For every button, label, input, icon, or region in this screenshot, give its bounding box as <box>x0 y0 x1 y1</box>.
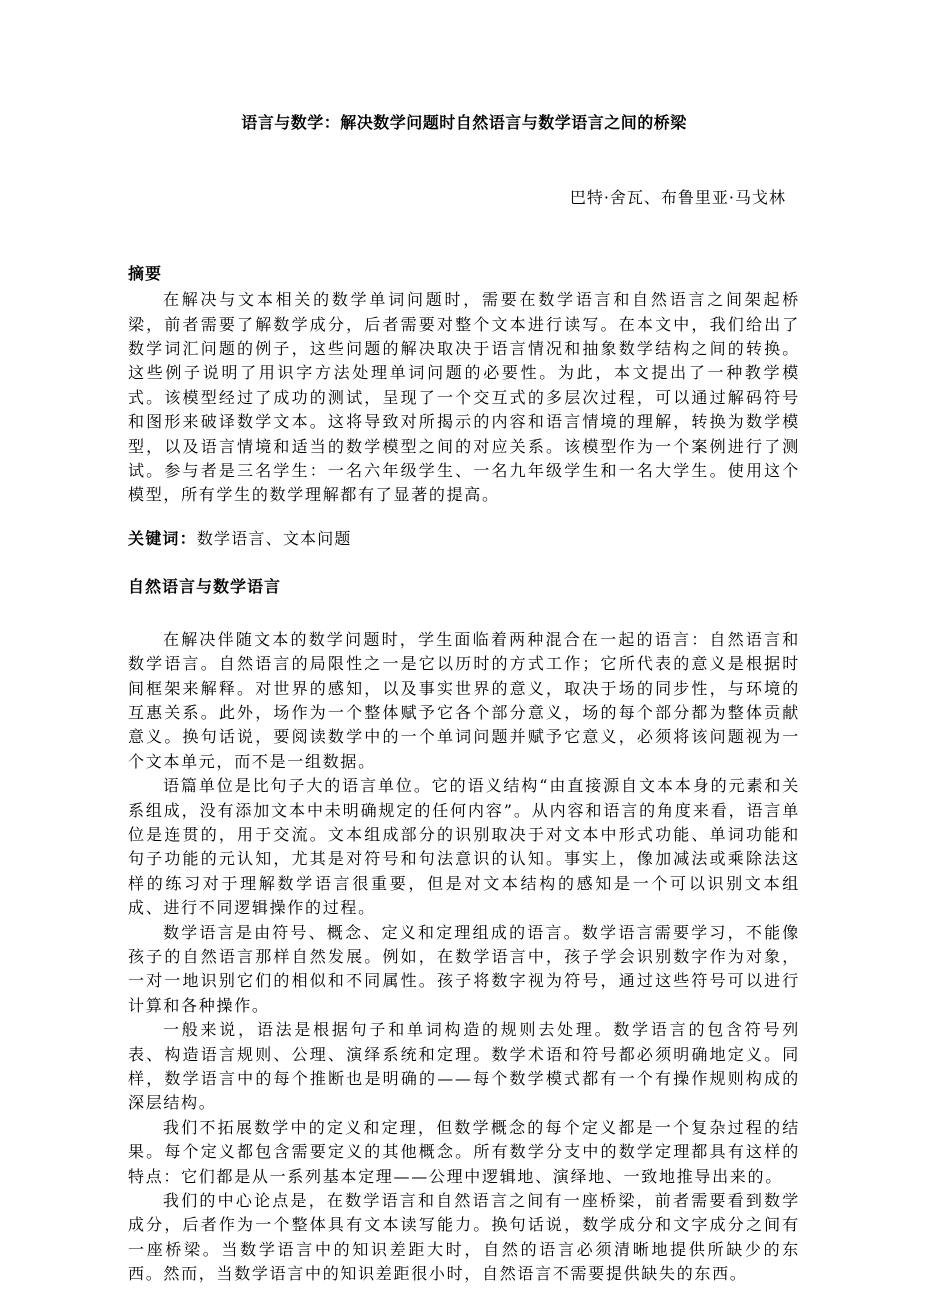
body-paragraph: 语篇单位是比句子大的语言单位。它的语义结构“由直接源自文本本身的元素和关系组成，… <box>128 774 800 920</box>
abstract-paragraph: 在解决与文本相关的数学单词问题时，需要在数学语言和自然语言之间架起桥梁，前者需要… <box>128 288 800 508</box>
page-title: 语言与数学：解决数学问题时自然语言与数学语言之间的桥梁 <box>128 0 800 135</box>
document-page: 语言与数学：解决数学问题时自然语言与数学语言之间的桥梁 巴特·舍瓦、布鲁里亚·马… <box>0 0 926 1309</box>
keywords-label: 关键词： <box>128 529 197 548</box>
abstract-heading: 摘要 <box>128 262 800 286</box>
body-paragraph: 我们的中心论点是，在数学语言和自然语言之间有一座桥梁，前者需要看到数学成分，后者… <box>128 1189 800 1287</box>
keywords-line: 关键词：数学语言、文本问题 <box>128 527 800 551</box>
body-paragraph: 在解决伴随文本的数学问题时，学生面临着两种混合在一起的语言：自然语言和数学语言。… <box>128 628 800 774</box>
section-heading: 自然语言与数学语言 <box>128 575 800 599</box>
body-paragraph: 我们不拓展数学中的定义和定理，但数学概念的每个定义都是一个复杂过程的结果。每个定… <box>128 1116 800 1189</box>
author-line: 巴特·舍瓦、布鲁里亚·马戈林 <box>128 186 800 210</box>
page-content: 语言与数学：解决数学问题时自然语言与数学语言之间的桥梁 巴特·舍瓦、布鲁里亚·马… <box>0 0 926 1287</box>
body-paragraph: 数学语言是由符号、概念、定义和定理组成的语言。数学语言需要学习，不能像孩子的自然… <box>128 921 800 1019</box>
body-paragraph: 一般来说，语法是根据句子和单词构造的规则去处理。数学语言的包含符号列表、构造语言… <box>128 1018 800 1116</box>
keywords-text: 数学语言、文本问题 <box>197 529 352 548</box>
